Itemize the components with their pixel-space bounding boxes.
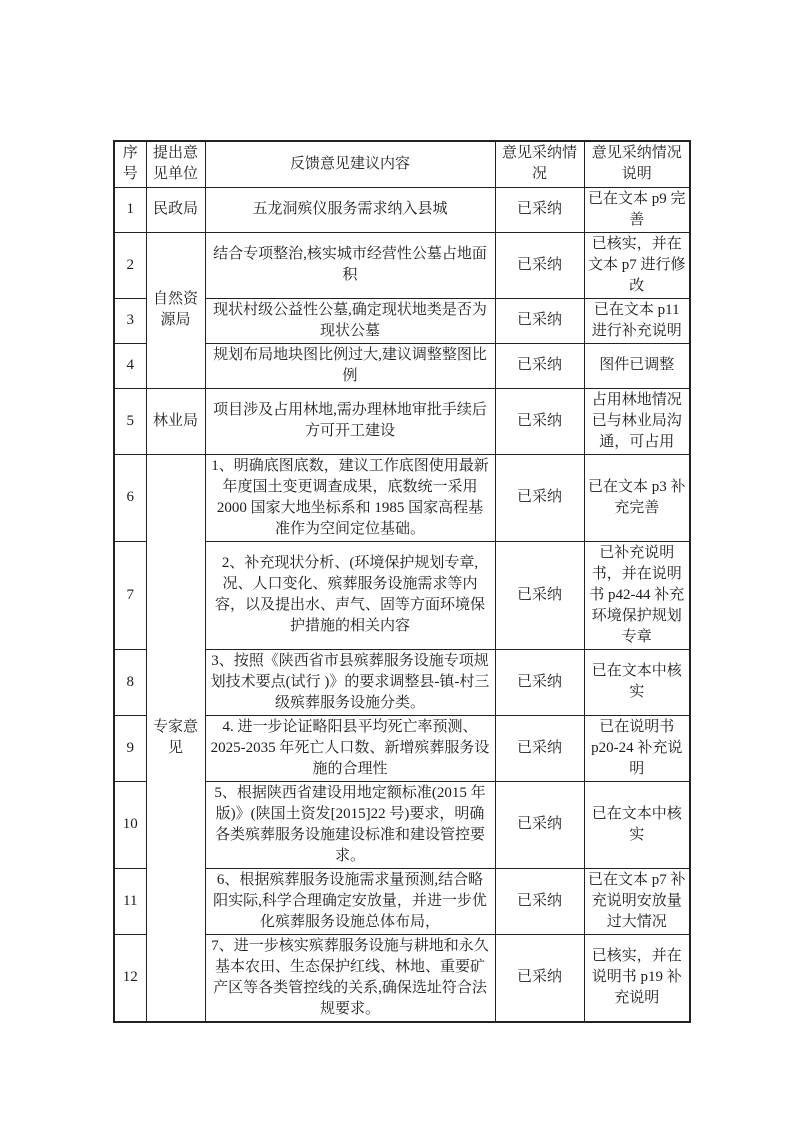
table-row: 6 专家意见 1、明确底图底数，建议工作底图使用最新年度国土变更调查成果，底数统… <box>114 454 690 541</box>
row-number-cell: 8 <box>114 649 146 715</box>
content-cell: 7、进一步核实殡葬服务设施与耕地和永久基本农田、生态保护红线、林地、重要矿产区等… <box>205 934 495 1022</box>
content-cell: 五龙洞殡仪服务需求纳入县城 <box>205 187 495 232</box>
content-cell: 6、根据殡葬服务设施需求量预测,结合略阳实际,科学合理确定安放量，并进一步优化殡… <box>205 868 495 934</box>
content-cell: 现状村级公益性公墓,确定现状地类是否为现状公墓 <box>205 298 495 343</box>
row-number-cell: 10 <box>114 781 146 868</box>
note-cell: 已在文本中核实 <box>584 649 690 715</box>
content-cell: 1、明确底图底数，建议工作底图使用最新年度国土变更调查成果，底数统一采用 200… <box>205 454 495 541</box>
table-row: 5 林业局 项目涉及占用林地,需办理林地审批手续后方可开工建设 已采纳 占用林地… <box>114 388 690 454</box>
note-cell: 图件已调整 <box>584 343 690 388</box>
content-cell: 2、补充现状分析、(环境保护规划专章,况、人口变化、殡葬服务设施需求等内容，以及… <box>205 541 495 649</box>
header-note: 意见采纳情况说明 <box>584 141 690 187</box>
unit-cell-civil-affairs: 民政局 <box>146 187 205 232</box>
row-number-cell: 9 <box>114 715 146 781</box>
header-content: 反馈意见建议内容 <box>205 141 495 187</box>
content-cell: 4. 进一步论证略阳县平均死亡率预测、2025-2035 年死亡人口数、新增殡葬… <box>205 715 495 781</box>
row-number-cell: 4 <box>114 343 146 388</box>
table-row: 2 自然资源局 结合专项整治,核实城市经营性公墓占地面积 已采纳 已核实，并在文… <box>114 232 690 298</box>
note-cell: 已在文本 p9 完善 <box>584 187 690 232</box>
feedback-table: 序号 提出意见单位 反馈意见建议内容 意见采纳情况 意见采纳情况说明 1 民政局… <box>113 140 691 1023</box>
row-number-cell: 6 <box>114 454 146 541</box>
row-number-cell: 7 <box>114 541 146 649</box>
table-row: 1 民政局 五龙洞殡仪服务需求纳入县城 已采纳 已在文本 p9 完善 <box>114 187 690 232</box>
status-cell: 已采纳 <box>495 781 584 868</box>
row-number-cell: 2 <box>114 232 146 298</box>
header-status: 意见采纳情况 <box>495 141 584 187</box>
status-cell: 已采纳 <box>495 454 584 541</box>
note-cell: 已在文本中核实 <box>584 781 690 868</box>
row-number-cell: 5 <box>114 388 146 454</box>
unit-cell-natural-resources: 自然资源局 <box>146 232 205 388</box>
header-unit: 提出意见单位 <box>146 141 205 187</box>
note-cell: 已核实，并在文本 p7 进行修改 <box>584 232 690 298</box>
note-cell: 已在文本 p11 进行补充说明 <box>584 298 690 343</box>
status-cell: 已采纳 <box>495 868 584 934</box>
page: 序号 提出意见单位 反馈意见建议内容 意见采纳情况 意见采纳情况说明 1 民政局… <box>0 0 793 1122</box>
row-number-cell: 11 <box>114 868 146 934</box>
status-cell: 已采纳 <box>495 715 584 781</box>
note-cell: 已在文本 p3 补充完善 <box>584 454 690 541</box>
row-number-cell: 12 <box>114 934 146 1022</box>
content-cell: 项目涉及占用林地,需办理林地审批手续后方可开工建设 <box>205 388 495 454</box>
note-cell: 已补充说明书，并在说明书 p42-44 补充环境保护规划专章 <box>584 541 690 649</box>
content-cell: 5、根据陕西省建设用地定额标准(2015 年版)》(陕国土资发[2015]22 … <box>205 781 495 868</box>
status-cell: 已采纳 <box>495 541 584 649</box>
content-cell: 结合专项整治,核实城市经营性公墓占地面积 <box>205 232 495 298</box>
note-cell: 已在文本 p7 补充说明安放量过大情况 <box>584 868 690 934</box>
status-cell: 已采纳 <box>495 934 584 1022</box>
row-number-cell: 1 <box>114 187 146 232</box>
status-cell: 已采纳 <box>495 343 584 388</box>
unit-cell-experts: 专家意见 <box>146 454 205 1022</box>
unit-cell-forestry: 林业局 <box>146 388 205 454</box>
status-cell: 已采纳 <box>495 649 584 715</box>
note-cell: 占用林地情况已与林业局沟通，可占用 <box>584 388 690 454</box>
content-cell: 3、按照《陕西省市县殡葬服务设施专项规划技术要点(试行 )》的要求调整县-镇-村… <box>205 649 495 715</box>
note-cell: 已在说明书 p20-24 补充说明 <box>584 715 690 781</box>
note-cell: 已核实，并在说明书 p19 补充说明 <box>584 934 690 1022</box>
content-cell: 规划布局地块图比例过大,建议调整整图比例 <box>205 343 495 388</box>
status-cell: 已采纳 <box>495 187 584 232</box>
header-row: 序号 提出意见单位 反馈意见建议内容 意见采纳情况 意见采纳情况说明 <box>114 141 690 187</box>
header-no: 序号 <box>114 141 146 187</box>
status-cell: 已采纳 <box>495 298 584 343</box>
row-number-cell: 3 <box>114 298 146 343</box>
status-cell: 已采纳 <box>495 388 584 454</box>
status-cell: 已采纳 <box>495 232 584 298</box>
